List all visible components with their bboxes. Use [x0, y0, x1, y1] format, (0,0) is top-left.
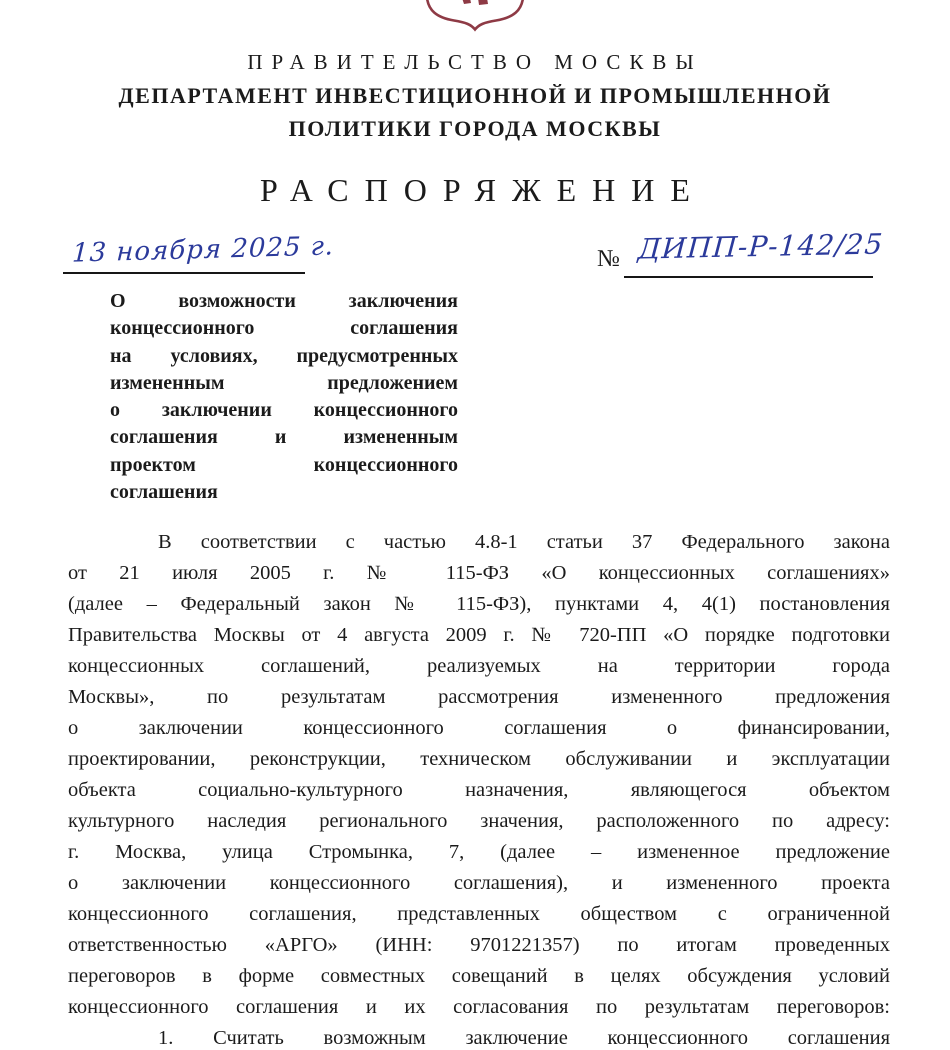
subject-line: на условиях, предусмотренных	[110, 343, 458, 370]
government-title: ПРАВИТЕЛЬСТВО МОСКВЫ	[0, 50, 950, 75]
body-paragraph-1: В соответствии с частью 4.8-1 статьи 37 …	[68, 527, 890, 1023]
moscow-emblem-icon	[420, 0, 530, 32]
body-line: В соответствии с частью 4.8-1 статьи 37 …	[68, 527, 890, 558]
subject-line: концессионного соглашения	[110, 315, 458, 342]
number-sign: №	[597, 246, 620, 273]
handwritten-date: 13 ноября 2025 г.	[71, 231, 334, 268]
department-name-line1: ДЕПАРТАМЕНТ ИНВЕСТИЦИОННОЙ И ПРОМЫШЛЕННО…	[0, 83, 950, 109]
body-line: Москвы», по результатам рассмотрения изм…	[68, 682, 890, 713]
body-line: 1. Считать возможным заключение концесси…	[68, 1023, 890, 1050]
subject-line: соглашения и измененным	[110, 424, 458, 451]
body-line: объекта социально-культурного назначения…	[68, 775, 890, 806]
document-type-title: РАСПОРЯЖЕНИЕ	[0, 172, 950, 209]
subject-line: измененным предложением	[110, 370, 458, 397]
body-line: концессионных соглашений, реализуемых на…	[68, 651, 890, 682]
body-line: концессионного соглашения, представленны…	[68, 899, 890, 930]
body-line: переговоров в форме совместных совещаний…	[68, 961, 890, 992]
body-line: о заключении концессионного соглашения о…	[68, 713, 890, 744]
date-underline	[63, 272, 305, 274]
document-page: ПРАВИТЕЛЬСТВО МОСКВЫ ДЕПАРТАМЕНТ ИНВЕСТИ…	[0, 0, 950, 1050]
body-text: В соответствии с частью 4.8-1 статьи 37 …	[68, 527, 890, 1050]
body-line: ответственностью «АРГО» (ИНН: 9701221357…	[68, 930, 890, 961]
body-line: от 21 июля 2005 г. № 115-ФЗ «О концессио…	[68, 558, 890, 589]
subject-line: о заключении концессионного	[110, 397, 458, 424]
subject-line: О возможности заключения	[110, 288, 458, 315]
body-line: культурного наследия регионального значе…	[68, 806, 890, 837]
handwritten-number: ДИПП-Р-142/25	[637, 227, 884, 265]
subject-line: проектом концессионного	[110, 452, 458, 479]
subject-line: соглашения	[110, 479, 458, 506]
body-paragraph-2: 1. Считать возможным заключение концесси…	[68, 1023, 890, 1050]
body-line: Правительства Москвы от 4 августа 2009 г…	[68, 620, 890, 651]
body-line: концессионного соглашения и их согласова…	[68, 992, 890, 1023]
body-line: г. Москва, улица Стромынка, 7, (далее – …	[68, 837, 890, 868]
department-name-line2: ПОЛИТИКИ ГОРОДА МОСКВЫ	[0, 116, 950, 142]
body-line: (далее – Федеральный закон № 115-ФЗ), пу…	[68, 589, 890, 620]
subject-block: О возможности заключенияконцессионного с…	[110, 288, 458, 506]
body-line: о заключении концессионного соглашения),…	[68, 868, 890, 899]
body-line: проектировании, реконструкции, техническ…	[68, 744, 890, 775]
number-underline	[624, 276, 873, 278]
